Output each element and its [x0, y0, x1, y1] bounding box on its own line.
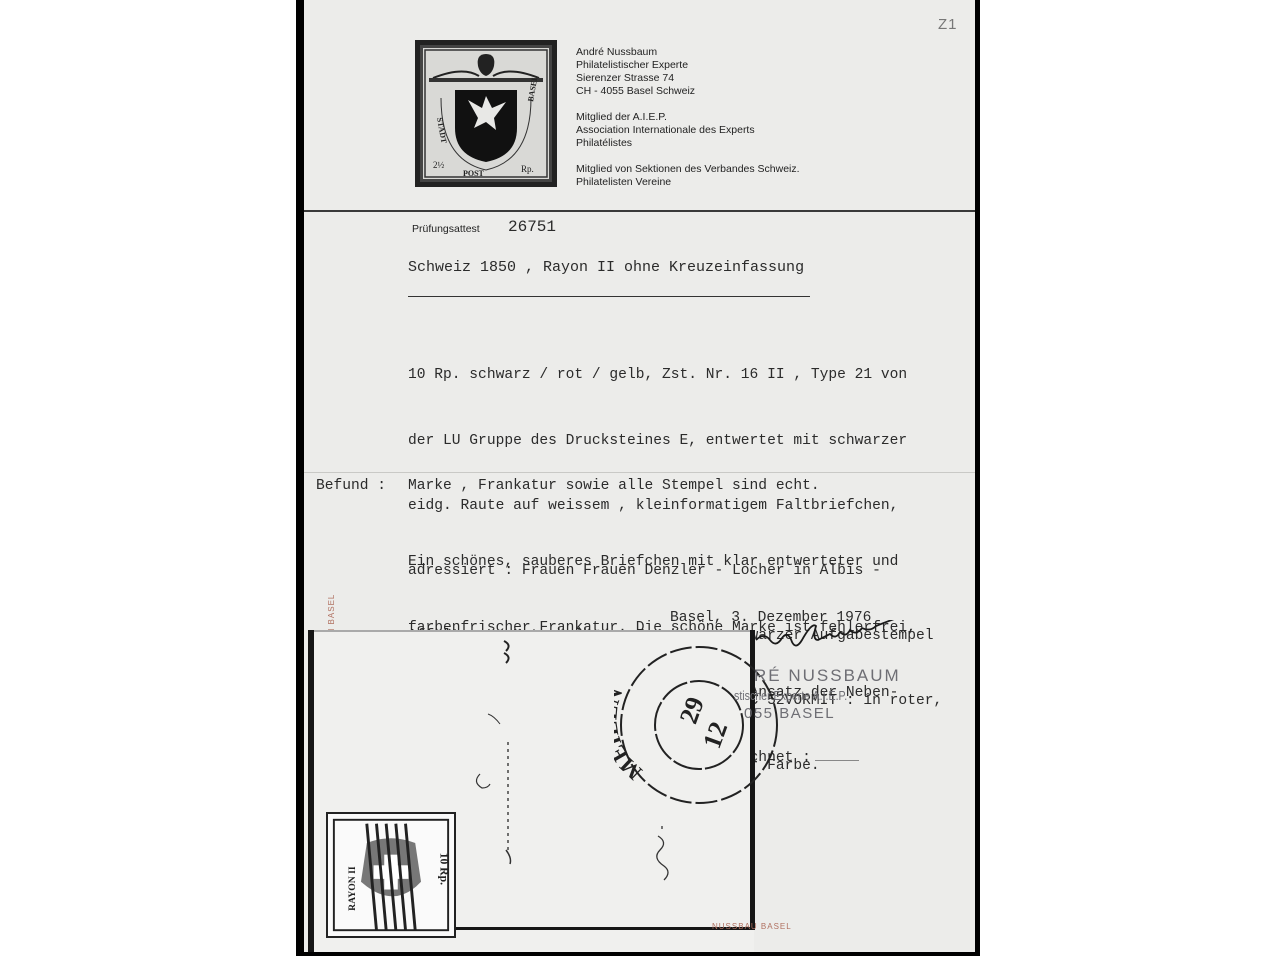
result-label: Befund :: [316, 478, 386, 494]
description-line: der LU Gruppe des Drucksteines E, entwer…: [408, 431, 942, 453]
handwriting-scribble-icon: [648, 822, 678, 892]
result-divider: [304, 472, 975, 473]
aiep-line-3: Philatélistes: [576, 137, 800, 150]
expert-stamp-line-1: RÉ NUSSBAUM: [754, 666, 901, 686]
svg-text:2½: 2½: [433, 160, 445, 170]
svg-text:MEILEN: MEILEN: [614, 684, 647, 785]
guarantee-mark-bottom: NUSSBAU BASEL: [712, 922, 792, 931]
svg-text:Rp.: Rp.: [521, 164, 534, 174]
corner-mark: Z1: [938, 16, 958, 33]
subject-underline: [408, 296, 810, 297]
expert-stamp-line-3: 055 BASEL: [744, 705, 901, 722]
rayon-ii-stamp: RAYON II 10 Rp.: [326, 812, 456, 938]
svg-text:STADT: STADT: [435, 117, 449, 145]
certificate-sheet: Z1 2½ Rp. POST STADT BASEL André Nussbau…: [304, 0, 975, 952]
svg-text:POST: POST: [463, 169, 485, 178]
expert-title: Philatelistischer Experte: [576, 59, 800, 72]
expert-rubber-stamp: RÉ NUSSBAUM stischer Experte A.I.E.P. 05…: [724, 666, 901, 722]
certificate-number: 26751: [508, 218, 556, 236]
rayon-ii-stamp-icon: RAYON II 10 Rp.: [328, 814, 454, 936]
expert-city: CH - 4055 Basel Schweiz: [576, 85, 800, 98]
aiep-line-2: Association Internationale des Experts: [576, 124, 800, 137]
expert-signature-icon: [752, 620, 942, 660]
header-divider: [304, 210, 975, 212]
expert-address-block: André Nussbaum Philatelistischer Experte…: [576, 46, 800, 202]
stamp-label: RAYON II: [347, 866, 358, 911]
certificate-subject: Schweiz 1850 , Rayon II ohne Kreuzeinfas…: [408, 259, 804, 276]
postmark-town: MEILEN: [614, 684, 647, 785]
photo-edge: [414, 927, 754, 930]
expert-stamp-line-2: stischer Experte A.I.E.P.: [734, 689, 876, 703]
association-line-2: Philatelisten Vereine: [576, 176, 800, 189]
description-line: 10 Rp. schwarz / rot / gelb, Zst. Nr. 16…: [408, 365, 942, 387]
handwritten-address-icon: [468, 712, 528, 872]
certificate-label: Prüfungsattest: [412, 223, 480, 235]
stamp-value: 10 Rp.: [437, 853, 450, 885]
aiep-line-1: Mitglied der A.I.E.P.: [576, 111, 800, 124]
association-line-1: Mitglied von Sektionen des Verbandes Sch…: [576, 163, 800, 176]
expert-name: André Nussbaum: [576, 46, 800, 59]
photo-edge: [308, 630, 314, 952]
basel-dove-stamp-icon: 2½ Rp. POST STADT BASEL: [415, 40, 557, 187]
result-text: Marke , Frankatur sowie alle Stempel sin…: [408, 478, 820, 494]
expert-street: Sierenzer Strasse 74: [576, 72, 800, 85]
mini-signature-icon: [815, 753, 859, 761]
handwriting-mark-icon: [498, 637, 518, 667]
notes-line: Ein schönes, sauberes Briefchen mit klar…: [408, 552, 916, 574]
